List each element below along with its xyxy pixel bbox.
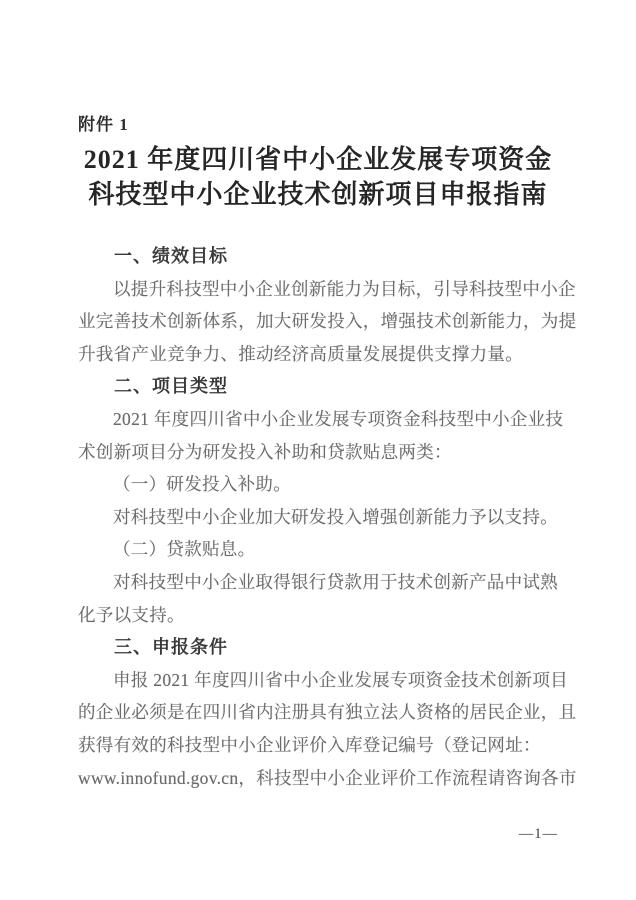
document-page: 附件 1 2021 年度四川省中小企业发展专项资金 科技型中小企业技术创新项目申…: [0, 0, 636, 900]
body-line-subitem-2: （二）贷款贴息。: [78, 533, 562, 566]
document-title-line-1: 2021 年度四川省中小企业发展专项资金: [0, 142, 636, 177]
body-line: 以提升科技型中小企业创新能力为目标，引导科技型中小企: [78, 273, 562, 306]
section-heading-application-conditions: 三、申报条件: [78, 631, 562, 664]
page-number: —1—: [519, 826, 558, 843]
section-heading-project-types: 二、项目类型: [78, 370, 562, 403]
body-line: 申报 2021 年度四川省中小企业发展专项资金技术创新项目: [78, 664, 562, 697]
section-heading-performance-goals: 一、绩效目标: [78, 240, 562, 273]
document-title: 2021 年度四川省中小企业发展专项资金 科技型中小企业技术创新项目申报指南: [0, 142, 636, 212]
body-line: 化予以支持。: [78, 599, 562, 632]
body-line: 的企业必须是在四川省内注册具有独立法人资格的居民企业，且: [78, 696, 562, 729]
body-line: 业完善技术创新体系，加大研发投入，增强技术创新能力，为提: [78, 305, 562, 338]
attachment-label: 附件 1: [78, 110, 129, 135]
body-line: 对科技型中小企业取得银行贷款用于技术创新产品中试熟: [78, 566, 562, 599]
document-body: 一、绩效目标 以提升科技型中小企业创新能力为目标，引导科技型中小企 业完善技术创…: [78, 240, 562, 794]
document-title-line-2: 科技型中小企业技术创新项目申报指南: [0, 177, 636, 212]
body-line: 2021 年度四川省中小企业发展专项资金科技型中小企业技: [78, 403, 562, 436]
body-line: 升我省产业竞争力、推动经济高质量发展提供支撑力量。: [78, 338, 562, 371]
body-line: 术创新项目分为研发投入补助和贷款贴息两类：: [78, 436, 562, 469]
body-line-subitem-1: （一）研发投入补助。: [78, 468, 562, 501]
body-line-with-url: www.innofund.gov.cn，科技型中小企业评价工作流程请咨询各市: [78, 762, 562, 795]
body-line: 对科技型中小企业加大研发投入增强创新能力予以支持。: [78, 501, 562, 534]
body-line: 获得有效的科技型中小企业评价入库登记编号（登记网址：: [78, 729, 562, 762]
